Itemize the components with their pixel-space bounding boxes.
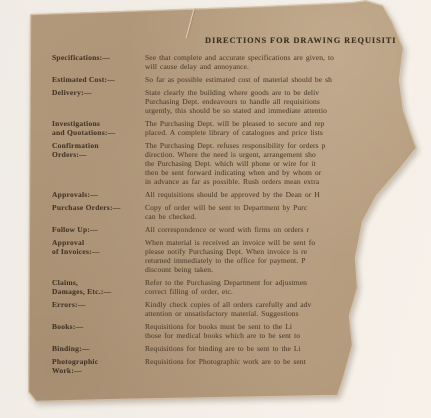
row-delivery: Delivery:— State clearly the building wh… [52, 88, 431, 115]
row-text: See that complete and accurate specifica… [145, 53, 431, 71]
torn-paper: DIRECTIONS FOR DRAWING REQUISITI Specifi… [0, 0, 431, 418]
row-label: Estimated Cost:— [52, 75, 145, 84]
row-photographic-work: Photographic Work:— Requisitions for Pho… [52, 357, 431, 375]
row-text: State clearly the building where goods a… [145, 88, 431, 115]
row-approvals: Approvals:— All requisitions should be a… [52, 190, 431, 199]
row-text: All requisitions should be approved by t… [145, 190, 431, 199]
row-claims-damages: Claims, Damages, Etc.:— Refer to the Pur… [52, 278, 431, 296]
row-text: Refer to the Purchasing Department for a… [145, 278, 431, 296]
paper-crease [186, 0, 198, 38]
row-text: When material is received an invoice wil… [145, 238, 431, 274]
row-confirmation-orders: Confirmation Orders:— The Purchasing Dep… [52, 141, 431, 186]
paper-shadow-wrap: DIRECTIONS FOR DRAWING REQUISITI Specifi… [0, 0, 431, 418]
row-binding: Binding:— Requisitions for binding are t… [52, 344, 431, 353]
row-label: Confirmation Orders:— [52, 141, 145, 159]
row-label: Books:— [52, 322, 145, 331]
row-label: Follow Up:— [52, 225, 145, 234]
row-text: Copy of order will be sent to Department… [145, 203, 431, 221]
row-text: The Purchasing Dept. will be pleased to … [145, 119, 431, 137]
row-text: All correspondence or word with firms on… [145, 225, 431, 234]
row-text: Requisitions for binding are to be sent … [145, 344, 431, 353]
row-label: Investigations and Quotations:— [52, 119, 145, 137]
row-label: Purchase Orders:— [52, 203, 145, 212]
row-label: Binding:— [52, 344, 145, 353]
row-label: Approval of Invoices:— [52, 238, 145, 256]
document-title: DIRECTIONS FOR DRAWING REQUISITI [205, 36, 396, 45]
row-text: Kindly check copies of all orders carefu… [145, 300, 431, 318]
row-label: Specifications:— [52, 53, 145, 62]
row-text: So far as possible estimated cost of mat… [145, 75, 431, 84]
row-follow-up: Follow Up:— All correspondence or word w… [52, 225, 431, 234]
row-approval-of-invoices: Approval of Invoices:— When material is … [52, 238, 431, 274]
scan-background: DIRECTIONS FOR DRAWING REQUISITI Specifi… [0, 0, 431, 418]
row-label: Approvals:— [52, 190, 145, 199]
instruction-list: Specifications:— See that complete and a… [52, 53, 431, 379]
row-text: Requisitions for Photographic work are t… [145, 357, 431, 366]
row-label: Errors:— [52, 300, 145, 309]
row-specifications: Specifications:— See that complete and a… [52, 53, 431, 71]
row-text: The Purchasing Dept. refuses responsibil… [145, 141, 431, 186]
row-books: Books:— Requisitions for books must be s… [52, 322, 431, 340]
row-text: Requisitions for books must be sent to t… [145, 322, 431, 340]
row-errors: Errors:— Kindly check copies of all orde… [52, 300, 431, 318]
row-purchase-orders: Purchase Orders:— Copy of order will be … [52, 203, 431, 221]
row-estimated-cost: Estimated Cost:— So far as possible esti… [52, 75, 431, 84]
row-label: Delivery:— [52, 88, 145, 97]
row-label: Photographic Work:— [52, 357, 145, 375]
row-label: Claims, Damages, Etc.:— [52, 278, 145, 296]
row-investigations-quotations: Investigations and Quotations:— The Purc… [52, 119, 431, 137]
